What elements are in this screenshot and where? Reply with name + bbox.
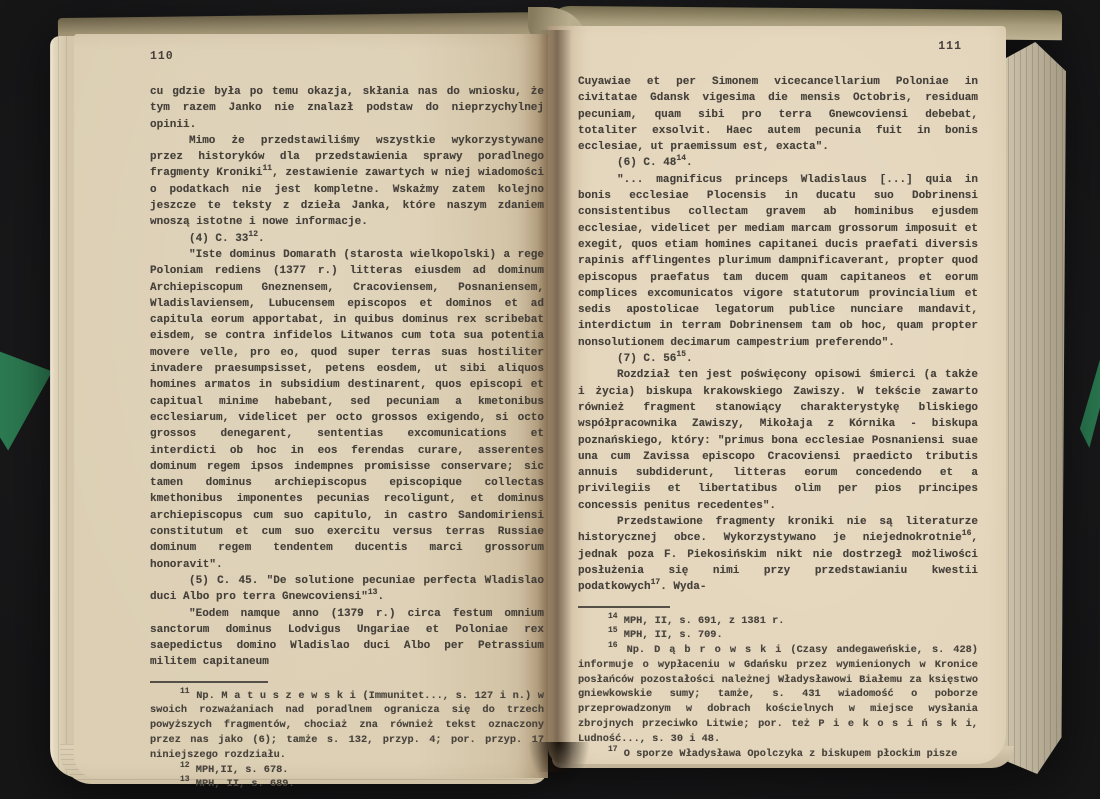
footnote-number: 13 [180, 775, 190, 784]
footnote: 13 MPH, II, s. 689. [150, 777, 544, 792]
footnote-ref: 11 [262, 164, 272, 173]
footnote: 14 MPH, II, s. 691, z 1381 r. [578, 614, 978, 629]
footnote-number: 12 [180, 761, 190, 770]
left-page-body: cu gdzie była po temu okazja, skłania na… [150, 84, 544, 671]
page-number-left: 110 [150, 50, 544, 64]
footnote-ref: 15 [676, 350, 686, 359]
paragraph: Rozdział ten jest poświęcony opisowi śmi… [578, 367, 978, 514]
right-page-content: 111 Cuyawiae et per Simonem vicecancella… [578, 40, 978, 761]
paragraph: Cuyawiae et per Simonem vicecancellarium… [578, 74, 978, 155]
footnote-ref: 17 [651, 578, 661, 587]
paragraph: cu gdzie była po temu okazja, skłania na… [150, 84, 544, 133]
footnote-number: 11 [180, 687, 190, 696]
paragraph: (7) C. 5615. [578, 351, 978, 367]
left-page-footnotes: 11 Np. M a t u s z e w s k i (Immunitet.… [150, 689, 544, 793]
footnote-ref: 13 [368, 588, 378, 597]
paragraph: Przedstawione fragmenty kroniki nie są l… [578, 514, 978, 595]
book-gutter-bottom-shadow [528, 742, 590, 788]
paragraph: "Iste dominus Domarath (starosta wielkop… [150, 247, 544, 573]
book-gutter-shadow [538, 30, 572, 772]
left-page: 110 cu gdzie była po temu okazja, skłani… [74, 34, 548, 778]
footnote-ref: 16 [962, 529, 972, 538]
footnote: 17 O sporze Władysława Opolczyka z bisku… [578, 747, 978, 762]
footnote: 16 Np. D ą b r o w s k i (Czasy andegawe… [578, 643, 978, 747]
footnote: 11 Np. M a t u s z e w s k i (Immunitet.… [150, 689, 544, 763]
right-page: 111 Cuyawiae et per Simonem vicecancella… [548, 26, 1006, 764]
footnote-separator-left [150, 681, 268, 683]
open-book: 110 cu gdzie była po temu okazja, skłani… [0, 0, 1100, 799]
paragraph: (6) C. 4814. [578, 155, 978, 171]
paragraph: "Eodem namque anno (1379 r.) circa festu… [150, 606, 544, 671]
footnote-number: 16 [608, 641, 618, 650]
footnote-ref: 14 [676, 154, 686, 163]
paragraph: (5) C. 45. "De solutione pecuniae perfec… [150, 573, 544, 606]
footnote-separator-right [578, 606, 670, 608]
footnote: 15 MPH, II, s. 709. [578, 628, 978, 643]
footnote: 12 MPH,II, s. 678. [150, 763, 544, 778]
paragraph: "... magnificus princeps Wladislaus [...… [578, 172, 978, 351]
footnote-number: 14 [608, 612, 618, 621]
right-page-footnotes: 14 MPH, II, s. 691, z 1381 r.15 MPH, II,… [578, 614, 978, 762]
page-number-right: 111 [578, 40, 978, 54]
book-photo-scene: 110 cu gdzie była po temu okazja, skłani… [0, 0, 1100, 799]
page-edge-stack-right [1002, 42, 1066, 774]
left-page-content: 110 cu gdzie była po temu okazja, skłani… [150, 50, 544, 792]
right-page-body: Cuyawiae et per Simonem vicecancellarium… [578, 74, 978, 596]
paragraph: (4) C. 3312. [150, 231, 544, 247]
footnote-ref: 12 [248, 230, 258, 239]
paragraph: Mimo że przedstawiliśmy wszystkie wykorz… [150, 133, 544, 231]
footnote-number: 15 [608, 626, 618, 635]
footnote-number: 17 [608, 745, 618, 754]
